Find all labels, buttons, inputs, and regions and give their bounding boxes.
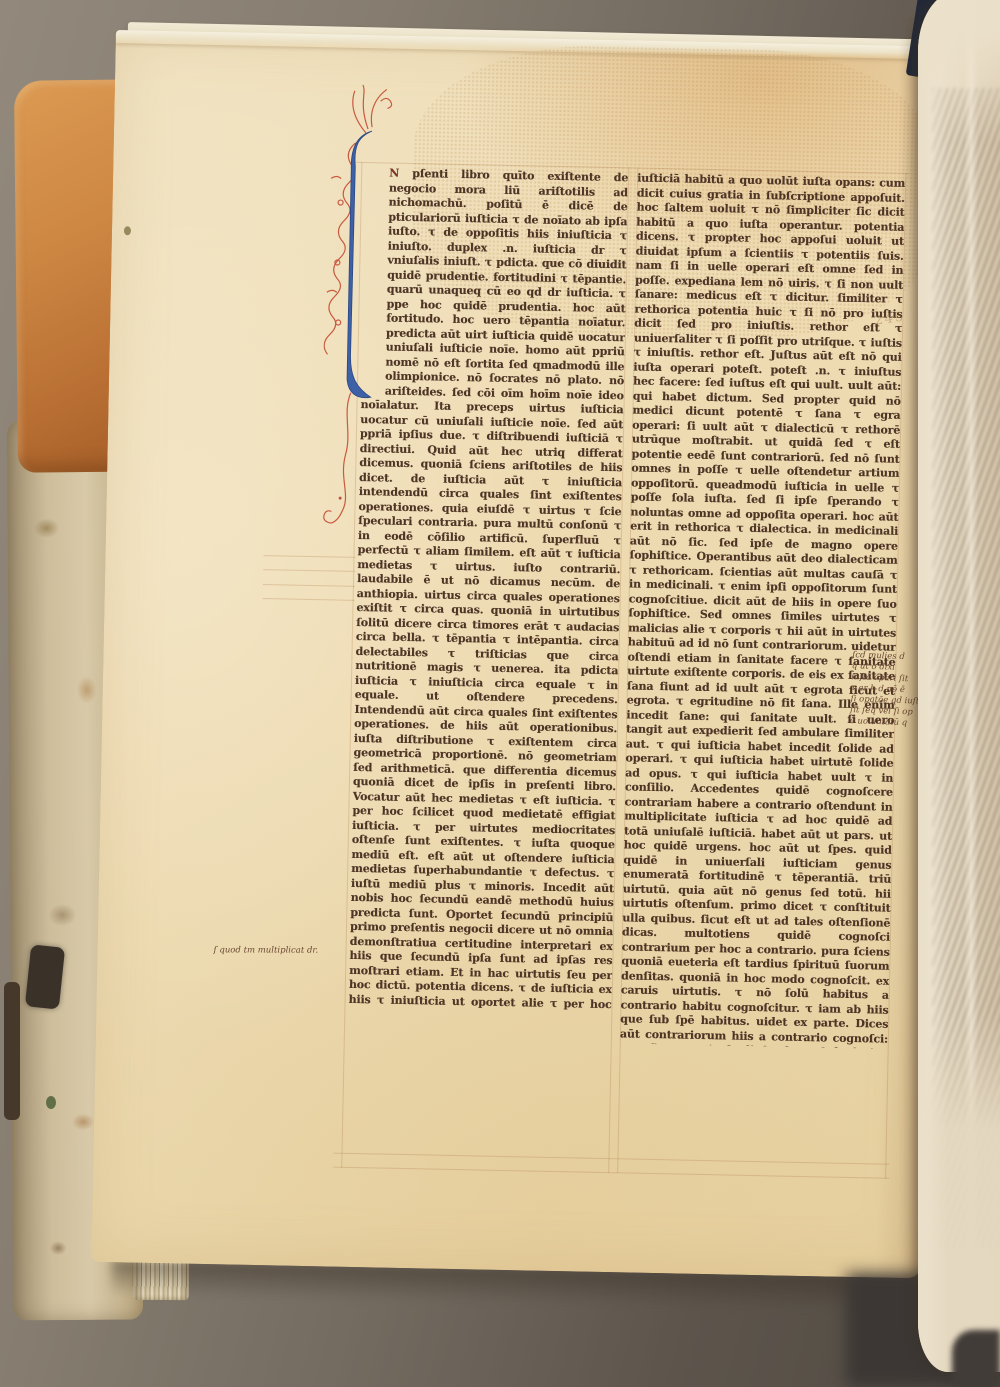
curl-fade-overlay bbox=[918, 0, 1000, 1372]
corner-shadow bbox=[952, 1330, 1000, 1387]
metal-clasp bbox=[4, 982, 20, 1120]
parchment-stain bbox=[124, 226, 131, 235]
column-1-text: N pſenti libro quīto exiſtente de negoci… bbox=[348, 167, 628, 1013]
red-ink-dot bbox=[339, 497, 342, 500]
text-column-1: N pſenti libro quīto exiſtente de negoci… bbox=[348, 166, 628, 1012]
ruling-line bbox=[263, 584, 355, 587]
text-column-2: iuſticiā habitū a quo uolūt iuſta opans:… bbox=[620, 171, 905, 1048]
ruling-line bbox=[263, 598, 355, 601]
ruling-line bbox=[333, 1153, 889, 1165]
ruling-line bbox=[333, 1167, 889, 1179]
ruling-line bbox=[263, 569, 355, 572]
ruling-line bbox=[263, 555, 355, 558]
manuscript-page: I N pſenti libro bbox=[91, 30, 946, 1278]
margin-note-left: ſ quod tm multiplicat dr. bbox=[214, 945, 354, 956]
next-page-curl bbox=[918, 0, 1000, 1372]
metal-clasp bbox=[25, 944, 65, 1009]
manuscript-photo: I N pſenti libro bbox=[0, 0, 1000, 1387]
verdigris-stain bbox=[46, 1096, 56, 1109]
